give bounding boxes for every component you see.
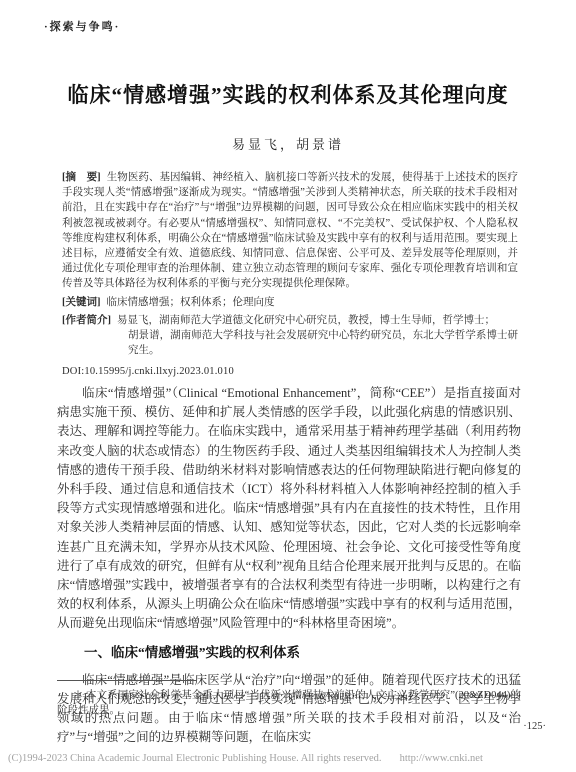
author-bio-line2: 胡景谱，湖南师范大学科技与社会发展研究中心特约研究员，东北大学哲学系博士研究生。 (128, 328, 518, 358)
abstract-block: [摘 要]生物医药、基因编辑、神经植入、脑机接口等新兴技术的发展，使得基于上述技… (62, 170, 518, 292)
front-matter: [摘 要]生物医药、基因编辑、神经植入、脑机接口等新兴技术的发展，使得基于上述技… (62, 170, 518, 380)
keywords-block: [关键词]临床情感增强；权利体系；伦理向度 (62, 295, 518, 310)
abstract-label: [摘 要] (62, 172, 101, 183)
cnki-url: http://www.cnki.net (400, 753, 483, 764)
copyright-footer: (C)1994-2023 China Academic Journal Elec… (8, 753, 568, 764)
page-number: ·125· (523, 721, 546, 732)
author-bio-label: [作者简介] (62, 315, 111, 326)
author-bio-line1: 易显飞，湖南师范大学道德文化研究中心研究员，教授，博士生导师，哲学博士； (117, 315, 495, 326)
keywords-label: [关键词] (62, 297, 101, 308)
paper-title: 临床“情感增强”实践的权利体系及其伦理向度 (0, 79, 576, 109)
section-heading-1: 一、临床“情感增强”实践的权利体系 (57, 643, 521, 662)
paper-page: ·探索与争鸣· 临床“情感增强”实践的权利体系及其伦理向度 易显飞，胡景谱 [摘… (0, 0, 576, 772)
footnote-divider (57, 680, 197, 681)
abstract-text: 生物医药、基因编辑、神经植入、脑机接口等新兴技术的发展，使得基于上述技术的医疗手… (62, 172, 518, 289)
footnote-text: ＊ 本文系国家社会科学基金重大项目“当代新兴增强技术前沿的人文主义哲学研究”(2… (57, 688, 521, 718)
footnote-area: ＊ 本文系国家社会科学基金重大项目“当代新兴增强技术前沿的人文主义哲学研究”(2… (57, 680, 521, 718)
author-bio-block: [作者简介]易显飞，湖南师范大学道德文化研究中心研究员，教授，博士生导师，哲学博… (62, 313, 518, 359)
copyright-text: (C)1994-2023 China Academic Journal Elec… (8, 753, 382, 764)
authors-line: 易显飞，胡景谱 (0, 134, 576, 153)
keywords-text: 临床情感增强；权利体系；伦理向度 (107, 297, 275, 308)
doi-line: DOI:10.15995/j.cnki.llxyj.2023.01.010 (62, 364, 518, 379)
body-paragraph-1: 临床“情感增强”（Clinical “Emotional Enhancement… (57, 384, 521, 634)
column-section-header: ·探索与争鸣· (44, 18, 120, 34)
